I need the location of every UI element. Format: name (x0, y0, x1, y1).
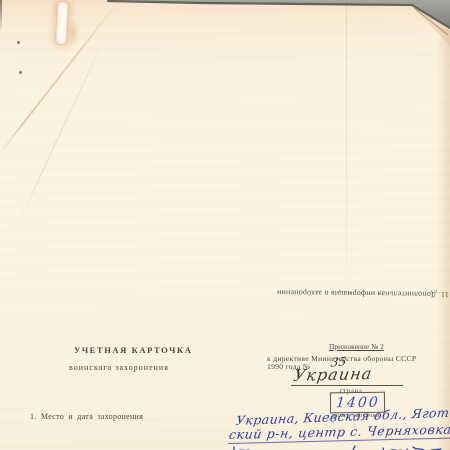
field-1-label: 1. Место и дата захоронения (30, 412, 143, 421)
scanned-burial-registration-card: 11. Дополнительная информация о захороне… (0, 0, 450, 450)
rusty-staple-mark (55, 1, 69, 46)
rust-smudge (66, 18, 80, 48)
scanner-background (108, 0, 450, 27)
corner-crease-line (414, 8, 448, 35)
punch-hole (19, 71, 22, 74)
paper-edge-line (108, 1, 450, 28)
card-title: УЧЕТНАЯ КАРТОЧКА (74, 345, 193, 355)
scanner-banding-overlay (0, 0, 450, 450)
country-value-handwritten: Украина (292, 364, 373, 385)
annex-number-label: Приложение № 2 (329, 342, 384, 351)
paper-edge-shadow (0, 0, 2, 32)
clipped-handwriting-line (231, 443, 446, 450)
fold-crease-secondary (14, 37, 106, 232)
country-underline (291, 385, 403, 386)
punch-hole (17, 41, 20, 44)
handwriting-stroke-tops (231, 443, 446, 450)
vertical-crease (346, 0, 347, 300)
paper-tone-overlay (0, 0, 450, 450)
rotated-section-11-label: 11. Дополнительная информация о захороне… (227, 288, 449, 299)
corner-fold-shade (413, 6, 450, 46)
card-subtitle: воинского захоронения (69, 363, 169, 372)
